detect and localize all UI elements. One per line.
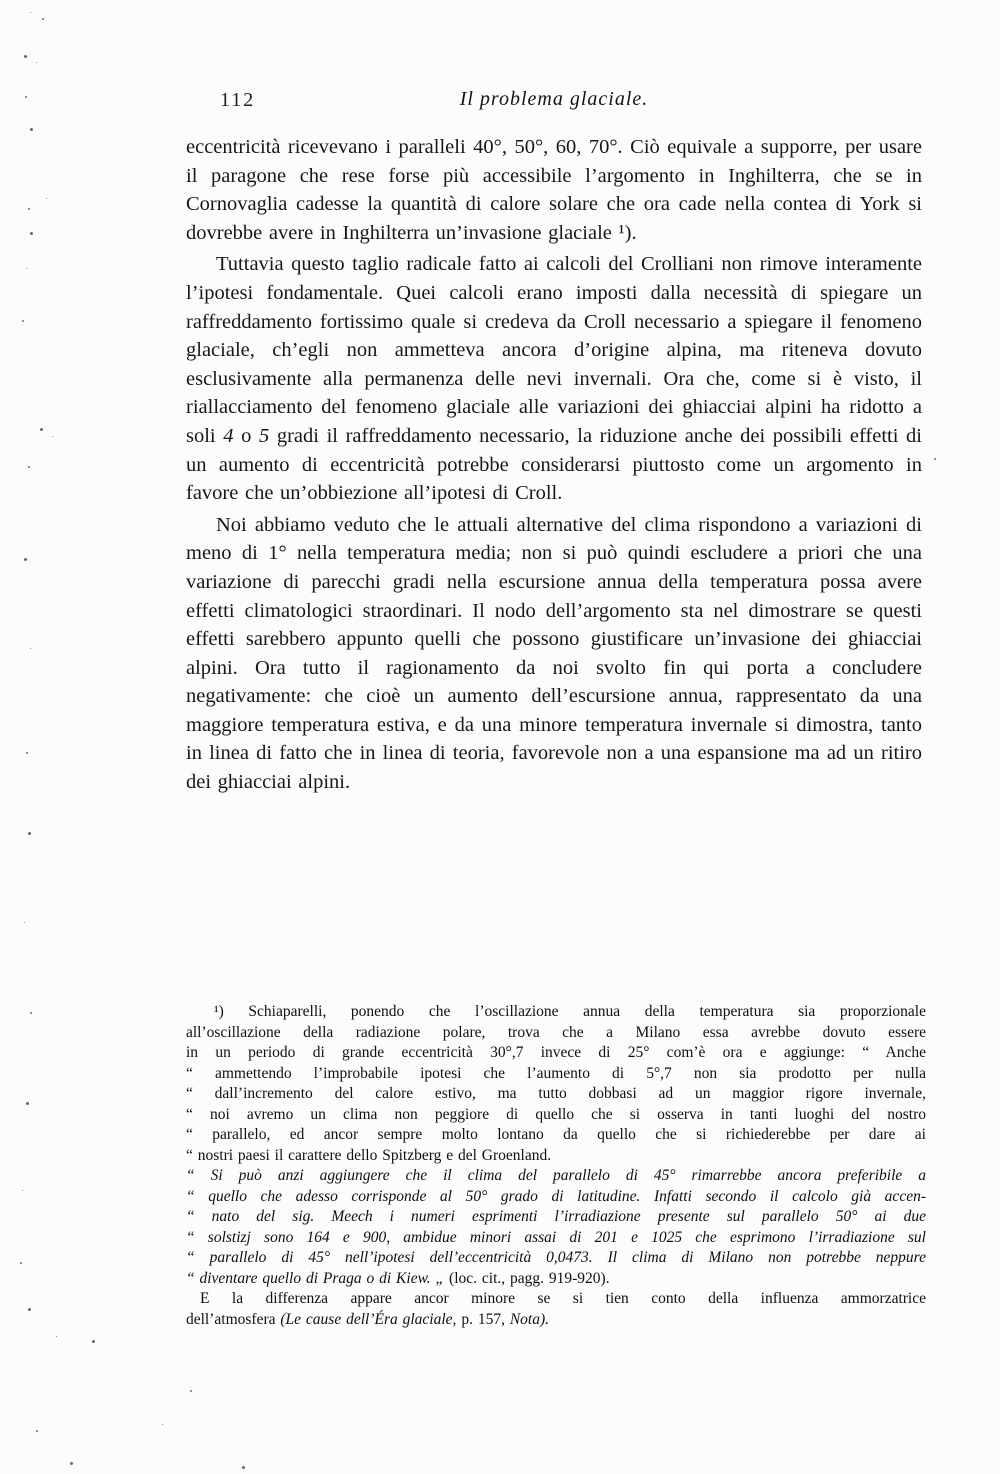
scanned-book-page: 112 Il problema glaciale. eccentricità r… <box>0 0 1000 1474</box>
footnote-line: ¹) Schiaparelli, ponendo che l’oscillazi… <box>186 1002 926 1023</box>
footnote: ¹) Schiaparelli, ponendo che l’oscillazi… <box>186 1002 926 1330</box>
body-text: eccentricità ricevevano i paralleli 40°,… <box>186 133 922 797</box>
page-number: 112 <box>220 89 255 112</box>
text-column: 112 Il problema glaciale. eccentricità r… <box>186 88 922 800</box>
footnote-line: “ noi avremo un clima non peggiore di qu… <box>186 1105 926 1126</box>
footnote-line: E la differenza appare ancor minore se s… <box>186 1289 926 1310</box>
footnote-line: all’oscillazione della radiazione polare… <box>186 1023 926 1044</box>
footnote-line: “ quello che adesso corrisponde al 50° g… <box>186 1187 926 1208</box>
footnote-line: “ diventare quello di Praga o di Kiew. „… <box>186 1269 926 1290</box>
footnote-line: “ parallelo, ed ancor sempre molto lonta… <box>186 1125 926 1146</box>
body-paragraph: eccentricità ricevevano i paralleli 40°,… <box>186 133 922 247</box>
footnote-line: “ nostri paesi il carattere dello Spitzb… <box>186 1146 926 1167</box>
footnote-line: “ Si può anzi aggiungere che il clima de… <box>186 1166 926 1187</box>
running-title: Il problema glaciale. <box>186 88 922 111</box>
footnote-line: “ parallelo di 45° nell’ipotesi dell’ecc… <box>186 1248 926 1269</box>
footnote-line: “ solstizj sono 164 e 900, ambidue minor… <box>186 1228 926 1249</box>
footnote-line: in un periodo di grande eccentricità 30°… <box>186 1043 926 1064</box>
footnote-line: dell’atmosfera (Le cause dell’Éra glacia… <box>186 1310 926 1331</box>
footnote-line: “ nato del sig. Meech i numeri espriment… <box>186 1207 926 1228</box>
footnote-line: “ dall’incremento del calore estivo, ma … <box>186 1084 926 1105</box>
body-paragraph: Noi abbiamo veduto che le attuali altern… <box>186 511 922 797</box>
body-paragraph: Tuttavia questo taglio radicale fatto ai… <box>186 250 922 507</box>
footnote-line: “ ammettendo l’improbabile ipotesi che l… <box>186 1064 926 1085</box>
page-header: 112 Il problema glaciale. <box>186 88 922 116</box>
